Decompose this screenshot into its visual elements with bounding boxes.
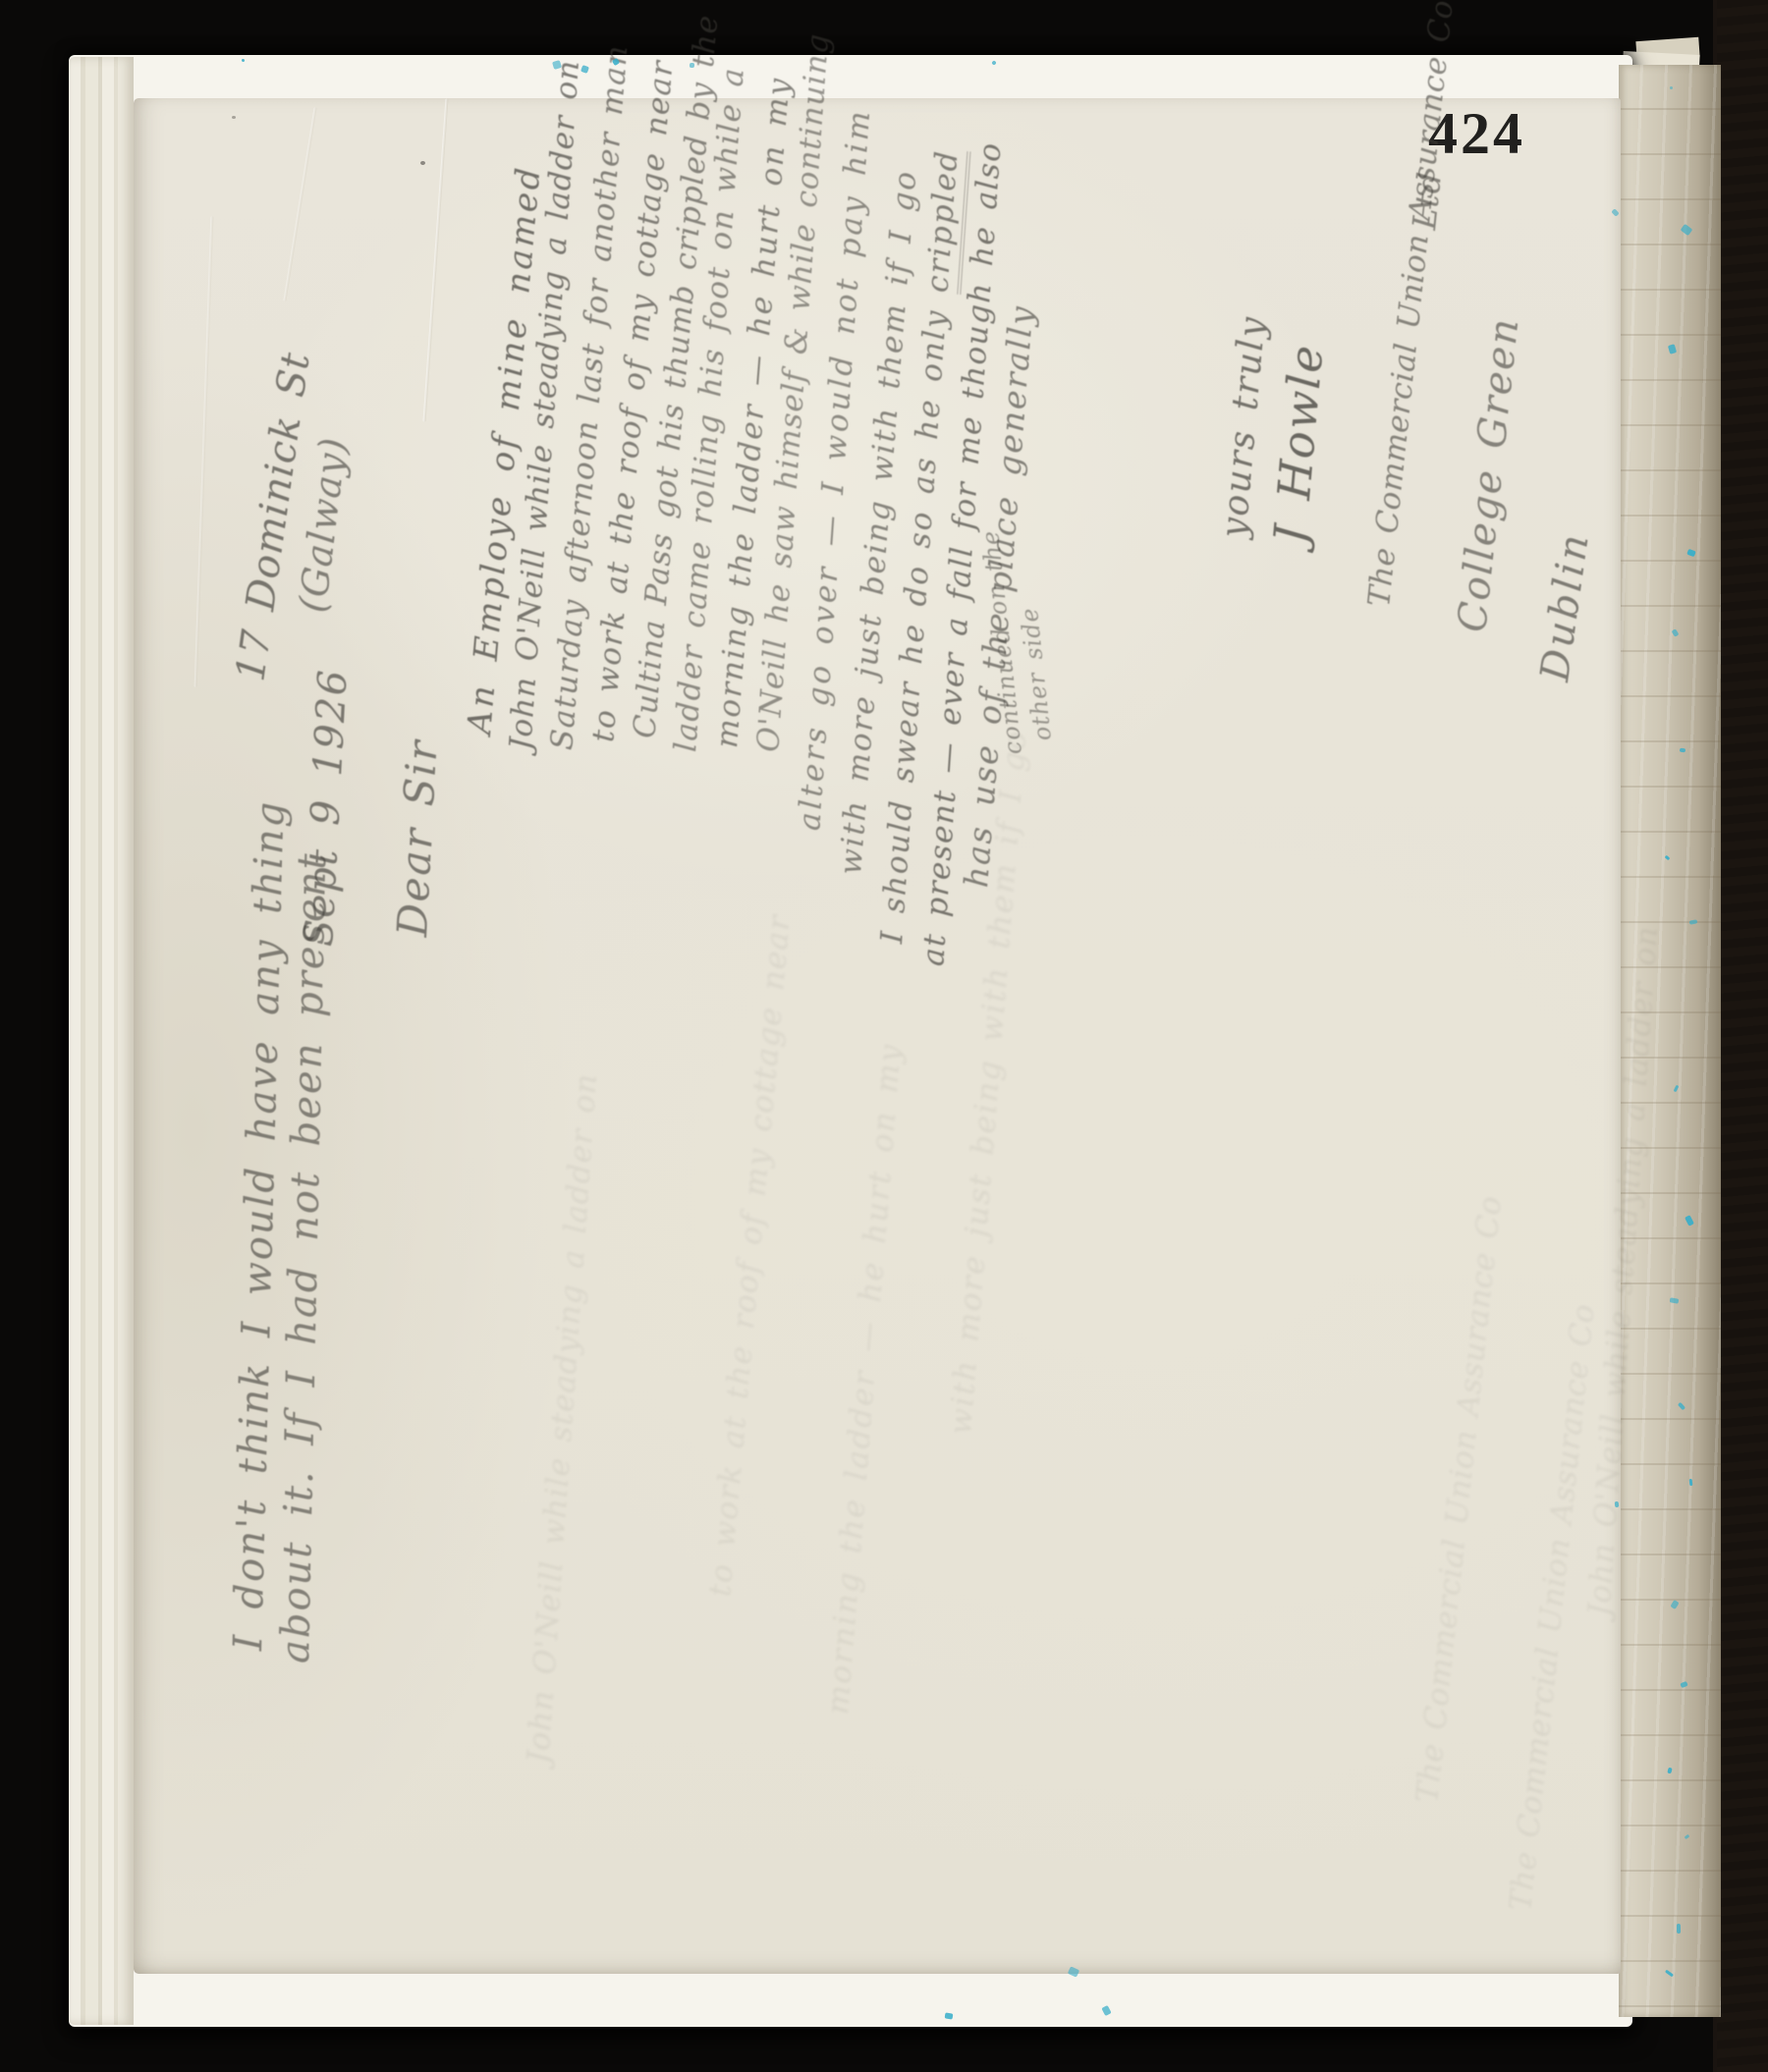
blue-fleck <box>690 63 694 68</box>
blue-fleck <box>1689 1479 1693 1486</box>
addressee-line: Dublin <box>1532 529 1598 684</box>
blue-fleck <box>1670 86 1673 89</box>
blue-fleck <box>1615 1501 1620 1507</box>
ink-speck <box>420 161 425 165</box>
date-line: Sept 9 1926 <box>297 668 357 948</box>
bleed-through-line: The Commercial Union Assurance Co <box>1409 1194 1509 1804</box>
closing-line: yours truly <box>1214 314 1274 540</box>
bleed-through-line: to work at the roof of my cottage near <box>702 912 798 1598</box>
handwritten-letter: I don't think I would have any thingabou… <box>187 94 1611 2009</box>
book-scan: 424 I don't think I would have any thing… <box>0 0 1768 2072</box>
blue-fleck <box>1677 1924 1681 1934</box>
blue-fleck <box>1680 748 1685 753</box>
salutation: Dear Sir <box>388 737 446 938</box>
addressee-line: Ltd <box>1405 170 1449 232</box>
bleed-through-line: morning the ladder — he hurt on my <box>820 1042 909 1716</box>
ink-speck <box>232 116 236 119</box>
book-page: 424 I don't think I would have any thing… <box>134 98 1621 1974</box>
page-edges-left <box>69 57 134 2025</box>
signature: J Howle <box>1263 342 1334 546</box>
blue-fleck <box>945 2012 954 2019</box>
addressee-line: College Green <box>1450 315 1527 634</box>
book-binding <box>1717 0 1768 2072</box>
bleed-through-line: John O'Neill while steadying a ladder on <box>521 1072 604 1765</box>
